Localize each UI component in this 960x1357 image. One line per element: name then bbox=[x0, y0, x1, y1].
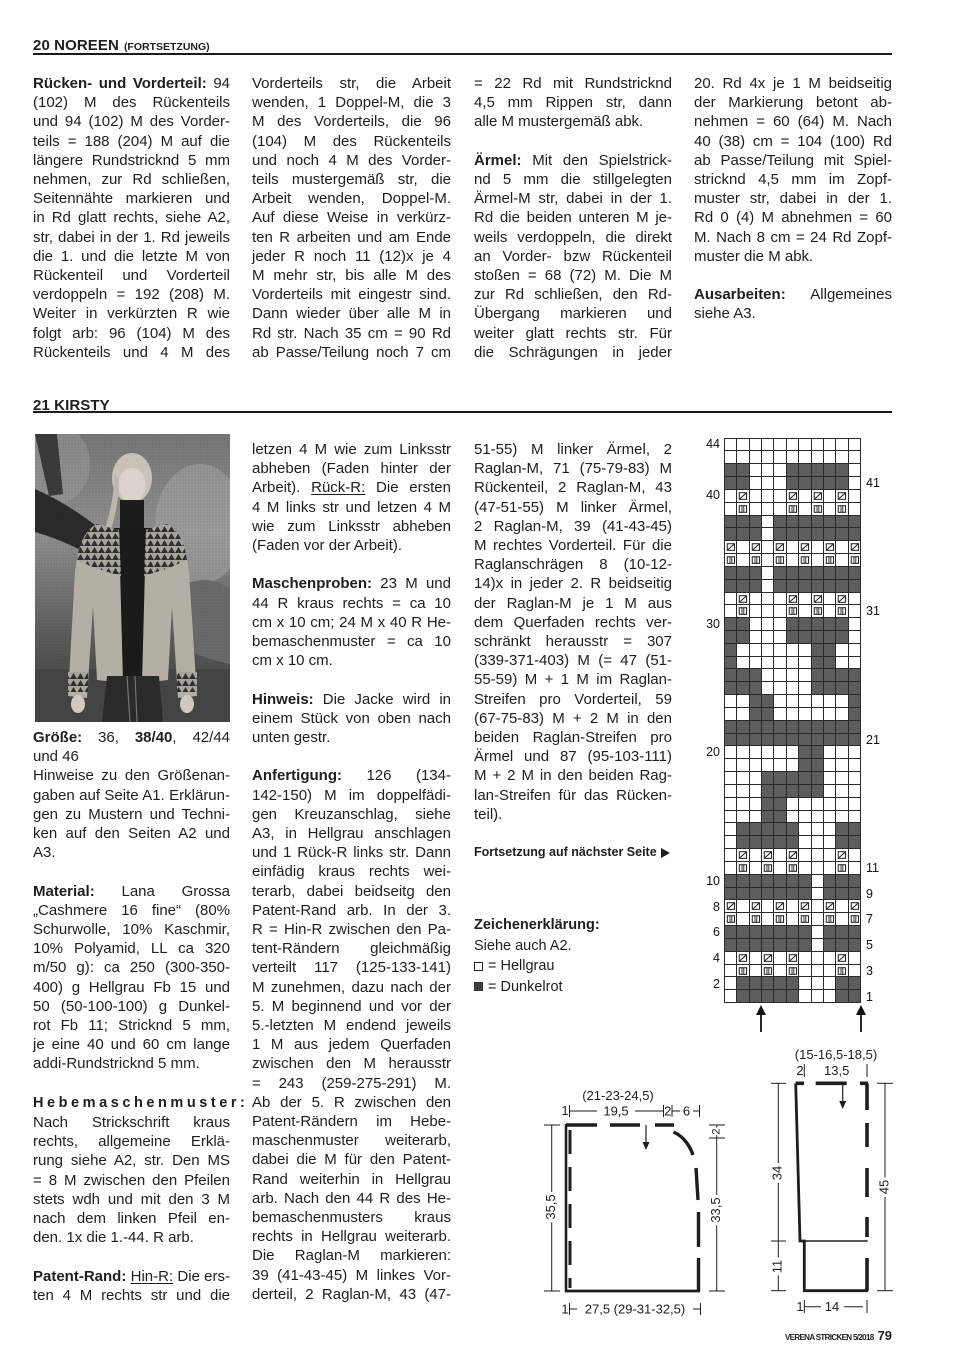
chart-cell-slip-base bbox=[787, 862, 799, 875]
chart-cell-dunkelrot bbox=[836, 682, 848, 695]
chart-cell-dunkelrot bbox=[799, 888, 811, 901]
paragraph-material: Material: Lana Grossa„Cashmere 16 fine“ … bbox=[33, 882, 230, 1074]
paragraph-hinweis: Hinweis: Die Jacke wird ineinem Stück vo… bbox=[252, 690, 451, 748]
chart-cell-hellgrau bbox=[836, 541, 848, 554]
chart-cell-dunkelrot bbox=[750, 708, 762, 721]
chart-cell-hellgrau bbox=[725, 849, 737, 862]
chart-cell-dunkelrot bbox=[836, 721, 848, 734]
chart-cell-hellgrau bbox=[750, 862, 762, 875]
chart-cell-slip-base bbox=[737, 965, 749, 978]
text-line: str, dabei in der 1. Rd jeweils bbox=[33, 228, 230, 247]
chart-cell-hellgrau bbox=[762, 759, 774, 772]
chart-cell-slip-base bbox=[799, 554, 811, 567]
continuation-note: Fortsetzung auf nächster Seite bbox=[474, 843, 670, 862]
chart-cell-dunkelrot bbox=[750, 926, 762, 939]
chart-cell-dunkelrot bbox=[799, 926, 811, 939]
chart-cell-hellgrau bbox=[849, 759, 861, 772]
chart-cell-slip-base bbox=[774, 913, 786, 926]
chart-cell-hellgrau bbox=[849, 811, 861, 824]
chart-cell-hellgrau bbox=[836, 708, 848, 721]
text-line: nehmen, zur Rd schließen, bbox=[33, 170, 230, 189]
chart-cell-hellgrau bbox=[812, 977, 824, 990]
chart-cell-dunkelrot bbox=[824, 567, 836, 580]
text-line: folgt arb: 96 (104) M des bbox=[33, 324, 230, 343]
text-line: 4,5 mm Rippen str, dann bbox=[474, 93, 672, 112]
text-line: letzen 4 M wie zum Linksstr bbox=[252, 440, 451, 459]
chart-cell-dunkelrot bbox=[836, 669, 848, 682]
chart-cell-dunkelrot bbox=[836, 516, 848, 529]
text-line: gen Kreuzanschlag, siehe bbox=[252, 805, 451, 824]
chart-cell-dunkelrot bbox=[762, 939, 774, 952]
chart-cell-dunkelrot bbox=[836, 580, 848, 593]
chart-cell-hellgrau bbox=[725, 695, 737, 708]
chart-cell-hellgrau bbox=[824, 798, 836, 811]
text-line: verteilt 117 (125-133-141) bbox=[252, 958, 451, 977]
text-line: Schurwolle, 10% Kaschmir, bbox=[33, 920, 230, 939]
text-line: Nach Strickschrift kraus bbox=[33, 1113, 230, 1132]
chart-cell-hellgrau bbox=[812, 708, 824, 721]
dimension-label: 1 bbox=[796, 1299, 803, 1314]
paragraph-groesse: Größe: 36, 38/40, 42/44und 46 bbox=[33, 728, 230, 766]
chart-cell-slip bbox=[737, 490, 749, 503]
chart-row-number: 10 bbox=[700, 874, 720, 888]
chart-cell-hellgrau bbox=[774, 862, 786, 875]
chart-cell-hellgrau bbox=[774, 490, 786, 503]
text-line: die 1. und die letzte M von bbox=[33, 247, 230, 266]
chart-cell-hellgrau bbox=[750, 772, 762, 785]
chart-cell-dunkelrot bbox=[787, 888, 799, 901]
chart-cell-slip bbox=[750, 900, 762, 913]
text-line: wie zum Linksstr abheben bbox=[252, 517, 451, 536]
chart-cell-dunkelrot bbox=[824, 580, 836, 593]
text-line: ten 4 M rechts str und die bbox=[33, 1286, 230, 1305]
chart-cell-slip-base bbox=[774, 554, 786, 567]
text-line: derteil, 2 Raglan-M, 43 (47- bbox=[252, 1285, 451, 1304]
text-line: muster die M abk. bbox=[694, 247, 892, 266]
paragraph-ausarbeiten: Ausarbeiten: Allgemeinessiehe A3. bbox=[694, 285, 892, 323]
chart-cell-hellgrau bbox=[725, 862, 737, 875]
text-line: Material: Lana Grossa bbox=[33, 882, 230, 901]
chart-cell-hellgrau bbox=[799, 695, 811, 708]
chart-cell-dunkelrot bbox=[849, 695, 861, 708]
text-line: 5.-letzten M endend jeweils bbox=[252, 1016, 451, 1035]
chart-cell-slip bbox=[849, 541, 861, 554]
chart-cell-dunkelrot bbox=[824, 888, 836, 901]
chart-cell-slip bbox=[737, 593, 749, 606]
chart-cell-hellgrau bbox=[787, 669, 799, 682]
chart-cell-slip bbox=[836, 849, 848, 862]
chart-cell-hellgrau bbox=[799, 990, 811, 1003]
chart-cell-dunkelrot bbox=[750, 875, 762, 888]
text-line: Rückenteil und Vorderteil bbox=[33, 266, 230, 285]
bold-label: Hebemaschenmuster: bbox=[33, 1095, 248, 1111]
chart-cell-slip-base bbox=[836, 965, 848, 978]
text-line: Rückenteils und 4 M des bbox=[33, 343, 230, 362]
chart-cell-dunkelrot bbox=[725, 644, 737, 657]
chart-cell-dunkelrot bbox=[750, 580, 762, 593]
chart-row-number: 4 bbox=[700, 951, 720, 965]
chart-cell-hellgrau bbox=[750, 952, 762, 965]
chart-cell-hellgrau bbox=[762, 464, 774, 477]
text-line: 51-55) M linker Ärmel, 2 bbox=[474, 440, 672, 459]
photo-illustration bbox=[35, 434, 230, 722]
text-line: ab Passe/Teilung mit Spiel- bbox=[694, 151, 892, 170]
bold-label: Rücken- und Vorderteil: bbox=[33, 75, 207, 92]
chart-cell-hellgrau bbox=[750, 631, 762, 644]
text-line: lan-Streifen für das Rücken- bbox=[474, 786, 672, 805]
chart-cell-dunkelrot bbox=[849, 939, 861, 952]
text-line: (47-51-55) M linker Ärmel, bbox=[474, 498, 672, 517]
text-line: nd 5 mm die stillgelegten bbox=[474, 170, 672, 189]
chart-cell-hellgrau bbox=[824, 490, 836, 503]
chart-cell-dunkelrot bbox=[750, 836, 762, 849]
chart-cell-dunkelrot bbox=[799, 721, 811, 734]
text-line: Arbeit wenden, Doppel-M. bbox=[252, 189, 451, 208]
chart-cell-dunkelrot bbox=[799, 516, 811, 529]
chart-row-number: 8 bbox=[700, 900, 720, 914]
chart-cell-dunkelrot bbox=[762, 888, 774, 901]
text-line: beiden Raglan-Streifen pro bbox=[474, 728, 672, 747]
chart-cell-dunkelrot bbox=[799, 785, 811, 798]
chart-cell-slip-base bbox=[725, 554, 737, 567]
chart-cell-dunkelrot bbox=[774, 721, 786, 734]
text-line: Ärmel und 87 (95-103-111) bbox=[474, 747, 672, 766]
dimension-label: 2 bbox=[711, 1128, 723, 1134]
chart-row-number: 40 bbox=[700, 488, 720, 502]
chart-cell-dunkelrot bbox=[849, 734, 861, 747]
chart-cell-hellgrau bbox=[774, 682, 786, 695]
chart-cell-hellgrau bbox=[750, 464, 762, 477]
chart-cell-slip bbox=[812, 593, 824, 606]
chart-cell-dunkelrot bbox=[836, 464, 848, 477]
chart-cell-hellgrau bbox=[799, 849, 811, 862]
text-line: M + 2 M in den beiden Rag- bbox=[474, 766, 672, 785]
chart-cell-dunkelrot bbox=[725, 657, 737, 670]
text-line: jeder R noch 11 (12)x je 4 bbox=[252, 247, 451, 266]
dimension-label: 27,5 (29-31-32,5) bbox=[585, 1302, 685, 1317]
chart-cell-slip-base bbox=[737, 862, 749, 875]
text-column-3: = 22 Rd mit Rundstricknd4,5 mm Rippen st… bbox=[474, 74, 672, 362]
text-line: 40 (38) cm = 104 (100) Rd bbox=[694, 132, 892, 151]
chart-row-number: 7 bbox=[866, 912, 873, 926]
text-line: tent-Rändern gleichmäßig bbox=[252, 939, 451, 958]
chart-cell-dunkelrot bbox=[787, 567, 799, 580]
chart-cell-slip bbox=[812, 490, 824, 503]
chart-cell-hellgrau bbox=[799, 798, 811, 811]
chart-cell-hellgrau bbox=[849, 593, 861, 606]
text-line: Weiter in verkürzten R wie bbox=[33, 304, 230, 323]
chart-cell-dunkelrot bbox=[737, 734, 749, 747]
chart-cell-dunkelrot bbox=[799, 618, 811, 631]
chart-row-number: 11 bbox=[866, 861, 879, 875]
text-line: rechts in Hellgrau weiterarb. bbox=[252, 1227, 451, 1246]
chart-cell-dunkelrot bbox=[750, 888, 762, 901]
text-line: nehmen = 60 (64) M. Nach bbox=[694, 112, 892, 131]
paragraph-patent-rand: Patent-Rand: Hin-R: Die ers-ten 4 M rech… bbox=[33, 1267, 230, 1305]
text-line: dem Querfaden rechts ver- bbox=[474, 613, 672, 632]
chart-cell-hellgrau bbox=[762, 669, 774, 682]
chart-cell-dunkelrot bbox=[750, 516, 762, 529]
chart-cell-hellgrau bbox=[725, 977, 737, 990]
chart-cell-hellgrau bbox=[762, 682, 774, 695]
text-line: stoßen = 68 (72) M. Die M bbox=[474, 266, 672, 285]
text-line: Rand weiterhin in Hellgrau bbox=[252, 1170, 451, 1189]
chart-cell-hellgrau bbox=[812, 952, 824, 965]
bold-label: Anfertigung: bbox=[252, 767, 342, 784]
chart-cell-hellgrau bbox=[849, 451, 861, 464]
chart-cell-hellgrau bbox=[774, 451, 786, 464]
paragraph-hebemaschenmuster: Hebemaschenmuster:Nach Strickschrift kra… bbox=[33, 1093, 230, 1248]
text-line: und 46 bbox=[33, 747, 230, 766]
chart-cell-dunkelrot bbox=[774, 875, 786, 888]
chart-cell-dunkelrot bbox=[812, 567, 824, 580]
chart-cell-slip bbox=[787, 490, 799, 503]
text-line: teil). bbox=[474, 805, 672, 824]
chart-cell-slip bbox=[787, 952, 799, 965]
chart-cell-slip bbox=[774, 900, 786, 913]
text-line: Ab der 5. R zwischen den bbox=[252, 1093, 451, 1112]
filled-square-icon bbox=[474, 982, 483, 991]
chart-cell-hellgrau bbox=[774, 669, 786, 682]
chart-cell-dunkelrot bbox=[750, 669, 762, 682]
chart-cell-hellgrau bbox=[762, 503, 774, 516]
text-line: Ärmel: Mit den Spielstrick- bbox=[474, 151, 672, 170]
chart-cell-dunkelrot bbox=[812, 682, 824, 695]
dimension-label: 1 bbox=[561, 1103, 568, 1118]
chart-cell-dunkelrot bbox=[812, 580, 824, 593]
chart-cell-hellgrau bbox=[725, 823, 737, 836]
legend-title: Zeichenerklärung: bbox=[474, 915, 600, 936]
chart-cell-hellgrau bbox=[787, 900, 799, 913]
bold-label: Maschenproben: bbox=[252, 575, 372, 592]
chart-cell-hellgrau bbox=[725, 451, 737, 464]
chart-cell-slip-base bbox=[836, 605, 848, 618]
chart-cell-hellgrau bbox=[849, 631, 861, 644]
chart-cell-dunkelrot bbox=[787, 772, 799, 785]
chart-cell-hellgrau bbox=[725, 990, 737, 1003]
chart-cell-dunkelrot bbox=[737, 926, 749, 939]
chart-cell-dunkelrot bbox=[849, 580, 861, 593]
chart-cell-slip bbox=[836, 490, 848, 503]
chart-cell-dunkelrot bbox=[849, 528, 861, 541]
text-line: einfädig kraus rechts wei- bbox=[252, 862, 451, 881]
chart-cell-hellgrau bbox=[787, 451, 799, 464]
chart-cell-dunkelrot bbox=[824, 926, 836, 939]
text-line: 5. M beginnend und vor der bbox=[252, 997, 451, 1016]
chart-cell-dunkelrot bbox=[836, 734, 848, 747]
chart-cell-dunkelrot bbox=[787, 823, 799, 836]
chart-cell-dunkelrot bbox=[737, 516, 749, 529]
dimension-label: 14 bbox=[825, 1299, 839, 1314]
chart-cell-hellgrau bbox=[774, 464, 786, 477]
chart-cell-dunkelrot bbox=[774, 926, 786, 939]
chart-cell-dunkelrot bbox=[799, 734, 811, 747]
chart-cell-hellgrau bbox=[799, 669, 811, 682]
text-line: R = Hin-R zwischen den Pa- bbox=[252, 920, 451, 939]
chart-cell-dunkelrot bbox=[787, 875, 799, 888]
chart-cell-dunkelrot bbox=[824, 464, 836, 477]
chart-cell-slip-base bbox=[787, 503, 799, 516]
chart-cell-hellgrau bbox=[774, 759, 786, 772]
chart-cell-slip-base bbox=[812, 503, 824, 516]
text-column-1: Größe: 36, 38/40, 42/44und 46Hinweise zu… bbox=[33, 728, 230, 1305]
chart-cell-dunkelrot bbox=[824, 644, 836, 657]
chart-cell-dunkelrot bbox=[812, 657, 824, 670]
text-line: 4 M links str und letzen 4 M bbox=[252, 498, 451, 517]
chart-cell-dunkelrot bbox=[737, 990, 749, 1003]
chart-cell-dunkelrot bbox=[762, 836, 774, 849]
chart-cell-dunkelrot bbox=[812, 464, 824, 477]
chart-cell-hellgrau bbox=[725, 836, 737, 849]
underlined-label: Hin-R: bbox=[131, 1268, 174, 1285]
legend-item-dunkelrot: = Dunkelrot bbox=[474, 977, 600, 998]
text-line: weils verdoppeln, die direkt bbox=[474, 228, 672, 247]
text-line: der Markierung betont ab- bbox=[694, 93, 892, 112]
text-column-3: 51-55) M linker Ärmel, 2Raglan-M, 71 (75… bbox=[474, 440, 672, 824]
body-schematic: (21-23-24,5) 1 19,5 2 6 35,5 2 33,5 bbox=[543, 1088, 725, 1317]
chart-cell-hellgrau bbox=[836, 554, 848, 567]
chart-cell-slip bbox=[774, 541, 786, 554]
text-line: A3. bbox=[33, 843, 230, 862]
chart-cell-dunkelrot bbox=[812, 618, 824, 631]
bold-label: Ausarbeiten: bbox=[694, 286, 786, 303]
text-line: Streifen pro Vorderteil, 59 bbox=[474, 690, 672, 709]
text-line: ken auf den Seiten A2 und bbox=[33, 824, 230, 843]
chart-cell-hellgrau bbox=[750, 503, 762, 516]
text-line: abheben (Faden hinter der bbox=[252, 459, 451, 478]
chart-cell-hellgrau bbox=[812, 849, 824, 862]
chart-cell-dunkelrot bbox=[836, 875, 848, 888]
chart-cell-hellgrau bbox=[750, 657, 762, 670]
chart-cell-hellgrau bbox=[737, 900, 749, 913]
chart-cell-hellgrau bbox=[737, 695, 749, 708]
chart-cell-hellgrau bbox=[750, 811, 762, 824]
chart-cell-hellgrau bbox=[799, 811, 811, 824]
text-line: alle M mustergemäß abk. bbox=[474, 112, 672, 131]
chart-cell-slip bbox=[737, 952, 749, 965]
chart-cell-hellgrau bbox=[787, 811, 799, 824]
chart-cell-hellgrau bbox=[824, 439, 836, 452]
chart-cell-hellgrau bbox=[812, 888, 824, 901]
chart-cell-dunkelrot bbox=[762, 811, 774, 824]
text-line: ab Passe/Teilung noch 7 cm bbox=[252, 343, 451, 362]
chart-cell-hellgrau bbox=[799, 965, 811, 978]
chart-cell-slip bbox=[737, 849, 749, 862]
chart-cell-hellgrau bbox=[812, 939, 824, 952]
text-line: Anfertigung: 126 (134- bbox=[252, 766, 451, 785]
text-line: A3, in Hellgrau anschlagen bbox=[252, 824, 451, 843]
chart-cell-slip-base bbox=[836, 503, 848, 516]
text-line: gen zu Mustern und Techni- bbox=[33, 805, 230, 824]
chart-cell-hellgrau bbox=[824, 746, 836, 759]
chart-cell-slip-base bbox=[824, 554, 836, 567]
paragraph-anfertigung: Anfertigung: 126 (134-142-150) M im dopp… bbox=[252, 766, 451, 1304]
chart-cell-slip-base bbox=[725, 913, 737, 926]
chart-cell-dunkelrot bbox=[836, 926, 848, 939]
paragraph-maschenproben: Maschenproben: 23 M und44 R kraus rechts… bbox=[252, 574, 451, 670]
chart-cell-hellgrau bbox=[836, 657, 848, 670]
chart-cell-hellgrau bbox=[849, 952, 861, 965]
chart-cell-dunkelrot bbox=[849, 888, 861, 901]
chart-cell-hellgrau bbox=[824, 785, 836, 798]
text-line: Hinweise zu den Größenan- bbox=[33, 766, 230, 785]
text-line: weiter glatt rechts str. Für bbox=[474, 324, 672, 343]
chart-cell-dunkelrot bbox=[787, 618, 799, 631]
bold-label: 38/40 bbox=[135, 729, 173, 746]
text-line: (104) M des Rückenteils bbox=[252, 132, 451, 151]
text-line: Übergang markieren und bbox=[474, 304, 672, 323]
chart-row-number: 3 bbox=[866, 964, 873, 978]
chart-cell-dunkelrot bbox=[725, 567, 737, 580]
text-line: M zunehmen, dazu nach der bbox=[252, 978, 451, 997]
text-line: ten R arbeiten und am Ende bbox=[252, 228, 451, 247]
chart-cell-hellgrau bbox=[812, 862, 824, 875]
chart-cell-hellgrau bbox=[762, 439, 774, 452]
chart-cell-dunkelrot bbox=[849, 875, 861, 888]
chart-cell-dunkelrot bbox=[750, 990, 762, 1003]
chart-cell-dunkelrot bbox=[725, 682, 737, 695]
chart-row-number: 5 bbox=[866, 938, 873, 952]
text-line: 20. Rd 4x je 1 M beidseitig bbox=[694, 74, 892, 93]
chart-cell-hellgrau bbox=[737, 759, 749, 772]
arrow-up-icon bbox=[855, 1005, 867, 1033]
chart-cell-hellgrau bbox=[799, 503, 811, 516]
chart-cell-hellgrau bbox=[787, 541, 799, 554]
arrow-up-icon bbox=[755, 1005, 767, 1033]
chart-cell-hellgrau bbox=[787, 554, 799, 567]
dimension-label: (21-23-24,5) bbox=[582, 1088, 654, 1103]
chart-cell-hellgrau bbox=[824, 862, 836, 875]
chart-cell-dunkelrot bbox=[725, 939, 737, 952]
chart-row-number: 2 bbox=[700, 977, 720, 991]
dimension-label: 33,5 bbox=[708, 1197, 723, 1222]
chart-cell-dunkelrot bbox=[774, 823, 786, 836]
chart-cell-dunkelrot bbox=[774, 990, 786, 1003]
chart-cell-slip bbox=[824, 541, 836, 554]
legend-label: = Hellgrau bbox=[488, 956, 555, 977]
paragraph-anfertigung-cont: 51-55) M linker Ärmel, 2Raglan-M, 71 (75… bbox=[474, 440, 672, 824]
text-line: siehe A3. bbox=[694, 304, 892, 323]
chart-cell-dunkelrot bbox=[812, 721, 824, 734]
chart-cell-hellgrau bbox=[725, 965, 737, 978]
chart-cell-dunkelrot bbox=[725, 875, 737, 888]
page-footer: VERENA STRICKEN 5/2018 79 bbox=[785, 1328, 892, 1343]
chart-cell-dunkelrot bbox=[787, 464, 799, 477]
text-line: 14)x in jeder 2. R beidseitig bbox=[474, 574, 672, 593]
chart-cell-dunkelrot bbox=[762, 875, 774, 888]
chart-cell-dunkelrot bbox=[799, 464, 811, 477]
triangle-right-icon bbox=[661, 848, 670, 858]
chart-cell-hellgrau bbox=[849, 490, 861, 503]
chart-cell-dunkelrot bbox=[774, 888, 786, 901]
chart-cell-dunkelrot bbox=[836, 631, 848, 644]
text-line: Patent-Rand arb. In der 3. bbox=[252, 901, 451, 920]
chart-cell-hellgrau bbox=[750, 490, 762, 503]
text-line: muster str, dabei in der 1. bbox=[694, 189, 892, 208]
chart-cell-slip-base bbox=[762, 862, 774, 875]
chart-cell-dunkelrot bbox=[737, 567, 749, 580]
text-line: teils = 188 (204) M auf die bbox=[33, 132, 230, 151]
chart-cell-hellgrau bbox=[849, 644, 861, 657]
text-line: in Rd glatt rechts, siehe A2, bbox=[33, 208, 230, 227]
chart-cell-dunkelrot bbox=[762, 772, 774, 785]
chart-cell-hellgrau bbox=[774, 477, 786, 490]
dimension-label: 35,5 bbox=[543, 1194, 558, 1219]
chart-cell-dunkelrot bbox=[799, 631, 811, 644]
text-line: Dann wieder über alle M in bbox=[252, 304, 451, 323]
chart-cell-hellgrau bbox=[824, 695, 836, 708]
chart-cell-hellgrau bbox=[737, 746, 749, 759]
